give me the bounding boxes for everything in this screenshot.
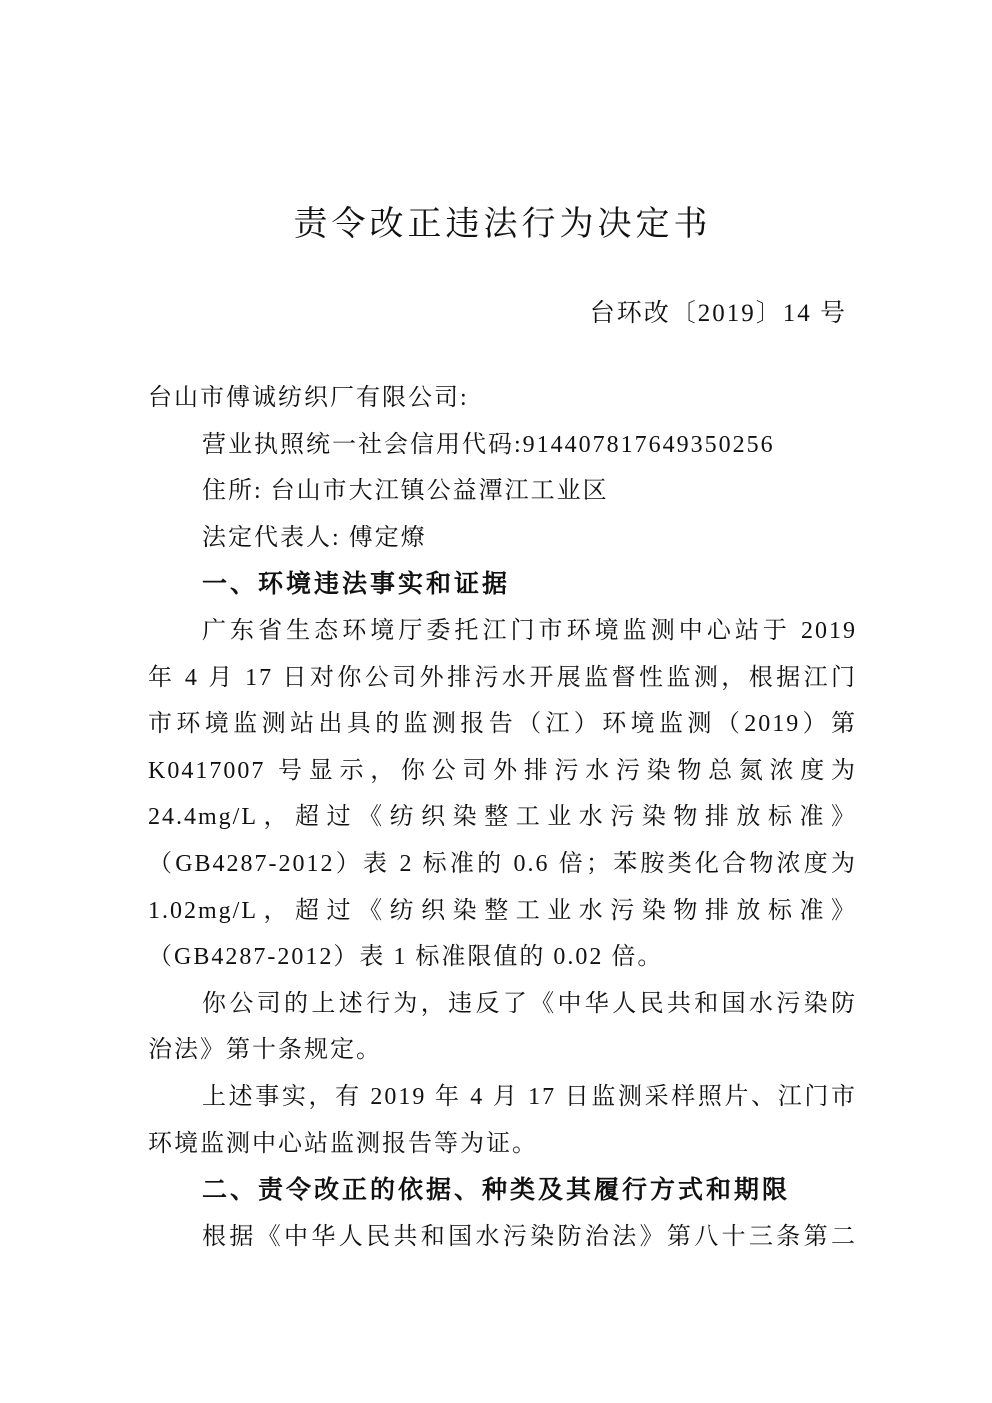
section-1-para-1-line-2: 年 4 月 17 日对你公司外排污水开展监督性监测，根据江门 [148, 655, 857, 702]
section-1-para-1-line-7: 1.02mg/L，超过《纺织染整工业水污染物排放标准》 [148, 888, 857, 935]
document-body: 台山市傅诚纺织厂有限公司:营业执照统一社会信用代码:91440781764935… [148, 375, 857, 1260]
document-title: 责令改正违法行为决定书 [148, 201, 857, 249]
section-1-para-1-line-3: 市环境监测站出具的监测报告（江）环境监测（2019）第 [148, 701, 857, 748]
section-1-heading: 一、环境违法事实和证据 [148, 561, 857, 608]
legal-representative-line: 法定代表人: 傅定燎 [148, 515, 857, 562]
credit-code-line: 营业执照统一社会信用代码:914407817649350256 [148, 422, 857, 469]
section-1-para-2-line-2: 治法》第十条规定。 [148, 1027, 857, 1074]
address-line: 住所: 台山市大江镇公益潭江工业区 [148, 468, 857, 515]
section-1-para-1-line-5: 24.4mg/L，超过《纺织染整工业水污染物排放标准》 [148, 794, 857, 841]
section-2-para-1-line-1: 根据《中华人民共和国水污染防治法》第八十三条第二 [148, 1214, 857, 1261]
section-1-para-1-line-8: （GB4287-2012）表 1 标准限值的 0.02 倍。 [148, 934, 857, 981]
section-1-para-1-line-6: （GB4287-2012）表 2 标准的 0.6 倍；苯胺类化合物浓度为 [148, 841, 857, 888]
section-1-para-3-line-2: 环境监测中心站监测报告等为证。 [148, 1121, 857, 1168]
section-1-para-1-line-4: K0417007 号显示，你公司外排污水污染物总氮浓度为 [148, 748, 857, 795]
section-2-heading: 二、责令改正的依据、种类及其履行方式和期限 [148, 1167, 857, 1214]
document-content: 责令改正违法行为决定书 台环改〔2019〕14 号 台山市傅诚纺织厂有限公司:营… [0, 201, 992, 1260]
document-number: 台环改〔2019〕14 号 [148, 290, 857, 337]
document-page: 责令改正违法行为决定书 台环改〔2019〕14 号 台山市傅诚纺织厂有限公司:营… [0, 0, 992, 1403]
section-1-para-1-line-1: 广东省生态环境厅委托江门市环境监测中心站于 2019 [148, 608, 857, 655]
section-1-para-2-line-1: 你公司的上述行为，违反了《中华人民共和国水污染防 [148, 981, 857, 1028]
recipient-line: 台山市傅诚纺织厂有限公司: [148, 375, 857, 422]
section-1-para-3-line-1: 上述事实，有 2019 年 4 月 17 日监测采样照片、江门市 [148, 1074, 857, 1121]
